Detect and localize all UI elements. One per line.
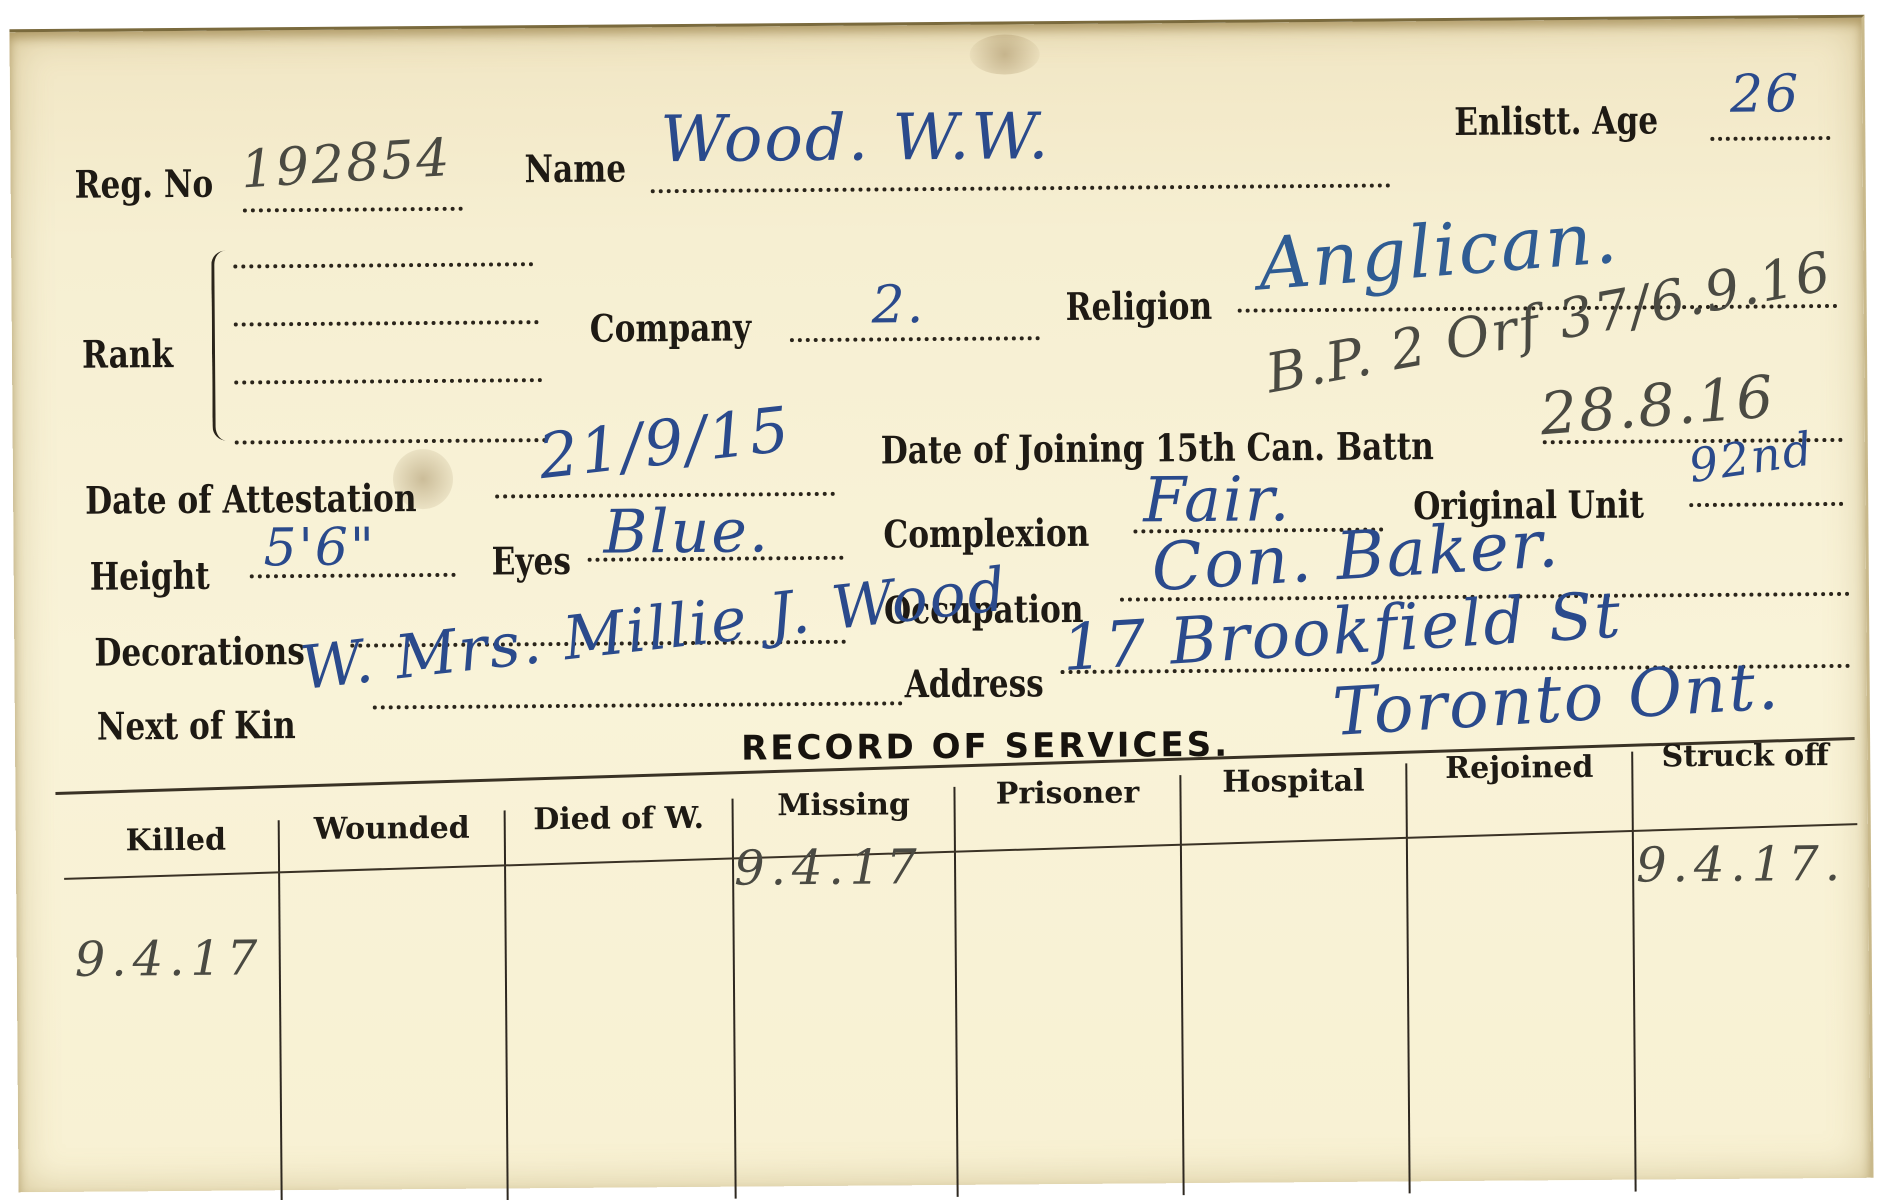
religion-label: Religion: [1065, 283, 1212, 329]
rank-line-2: [234, 320, 539, 326]
column-header-hospital: Hospital: [1181, 763, 1405, 800]
column-divider: [953, 787, 958, 1197]
reg-no-label: Reg. No: [75, 161, 214, 207]
reg-no-line: [243, 207, 463, 213]
column-divider: [278, 820, 283, 1200]
column-header-prisoner: Prisoner: [955, 775, 1179, 812]
rank-brace: [211, 251, 229, 441]
date-of-attestation-label: Date of Attestation: [85, 475, 417, 523]
enlistment-age-line: [1710, 136, 1830, 141]
name-value: Wood. W.W.: [660, 100, 1051, 177]
column-divider: [504, 810, 509, 1200]
column-header-died-of-wounds: Died of W.: [506, 801, 732, 838]
service-record-card: Reg. No 192854 Name Wood. W.W. Enlistt. …: [9, 15, 1873, 1193]
company-label: Company: [590, 304, 752, 350]
stain: [970, 34, 1040, 75]
column-header-struck-off: Struck off: [1633, 738, 1857, 775]
cell-struck-off: 9.4.17.: [1636, 836, 1846, 894]
rank-label: Rank: [82, 331, 173, 377]
name-label: Name: [524, 145, 626, 191]
eyes-label: Eyes: [491, 538, 571, 584]
cell-missing: 9.4.17: [734, 839, 923, 896]
column-header-missing: Missing: [733, 787, 953, 824]
column-header-rejoined: Rejoined: [1407, 750, 1631, 787]
company-value: 2.: [871, 275, 925, 335]
next-of-kin-label: Next of Kin: [97, 702, 296, 749]
column-header-wounded: Wounded: [280, 810, 504, 847]
column-divider: [1631, 752, 1636, 1192]
rank-line-1: [233, 262, 533, 268]
rank-line-3: [234, 378, 542, 384]
record-of-services-title: RECORD OF SERVICES.: [741, 725, 1230, 769]
eyes-value: Blue.: [603, 496, 770, 567]
rank-line-4: [235, 438, 547, 444]
company-line: [790, 336, 1040, 342]
reg-no-value: 192854: [239, 128, 453, 201]
name-line: [651, 183, 1391, 193]
height-value: 5'6": [263, 517, 376, 578]
next-of-kin-line: [373, 701, 903, 709]
decorations-label: Decorations: [94, 628, 305, 675]
height-label: Height: [90, 553, 210, 599]
original-unit-line: [1689, 502, 1843, 507]
date-of-attestation-value: 21/9/15: [535, 392, 795, 493]
enlistment-age-value: 26: [1730, 64, 1801, 125]
column-divider: [1179, 775, 1184, 1195]
address-label: Address: [904, 660, 1043, 706]
complexion-label: Complexion: [883, 510, 1089, 557]
cell-killed: 9.4.17: [75, 930, 264, 987]
column-header-killed: Killed: [76, 822, 276, 859]
column-divider: [1405, 763, 1410, 1193]
enlistment-age-label: Enlistt. Age: [1454, 97, 1658, 144]
